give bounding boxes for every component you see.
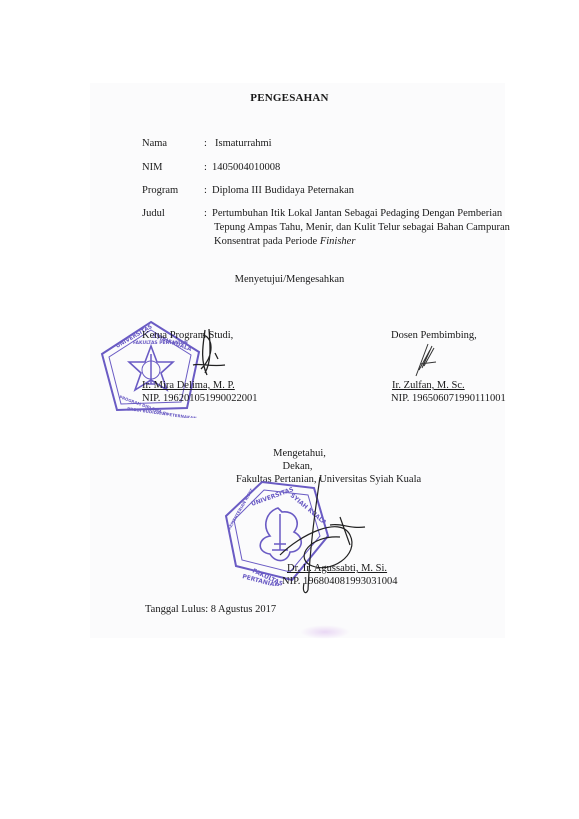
dean-role: Dekan, [8,461,579,474]
left-signatory-nip: NIP. 196201051990022001 [142,393,258,406]
right-signatory-name: Ir. Zulfan, M. Sc. [392,380,465,393]
dean-name-text: Dr. Ir. Agussabti, M. Si. [287,563,387,574]
right-signatory-nip: NIP. 196506071990111001 [391,393,506,406]
field-value-program: Diploma III Budidaya Peternakan [212,185,354,198]
ink-smudge [300,625,350,639]
colon: : [204,208,207,221]
approval-heading: Menyetujui/Mengesahkan [0,274,579,287]
field-label-program: Program [142,185,178,198]
field-value-nama: Ismaturrahmi [215,138,272,151]
page-title: PENGESAHAN [0,92,579,105]
judul-line-2: Tepung Ampas Tahu, Menir, dan Kulit Telu… [214,222,510,235]
field-label-nama: Nama [142,138,167,151]
left-signatory-role: Ketua Program Studi, [142,330,233,343]
dean-nip: NIP. 196804081993031004 [282,576,398,589]
judul-line-1: Pertumbuhan Itik Lokal Jantan Sebagai Pe… [212,208,502,221]
signature-right-icon [410,340,440,378]
colon: : [204,185,207,198]
svg-text:KEMENTERIAN RISET: KEMENTERIAN RISET [227,487,255,530]
acknowledge-label: Mengetahui, [10,448,579,461]
colon: : [204,162,207,175]
field-value-nim: 1405004010008 [212,162,280,175]
judul-line-3-text: Konsentrat pada Periode [214,236,320,247]
graduation-date: Tanggal Lulus: 8 Agustus 2017 [145,604,276,617]
field-label-nim: NIM [142,162,162,175]
left-signatory-name: Ir. Mira Delima, M. P. [142,380,235,393]
colon: : [204,138,207,151]
field-label-judul: Judul [142,208,165,221]
dean-name: Dr. Ir. Agussabti, M. Si. [287,563,387,576]
judul-line-3: Konsentrat pada Periode Finisher [214,236,355,249]
judul-italic-term: Finisher [320,236,356,247]
